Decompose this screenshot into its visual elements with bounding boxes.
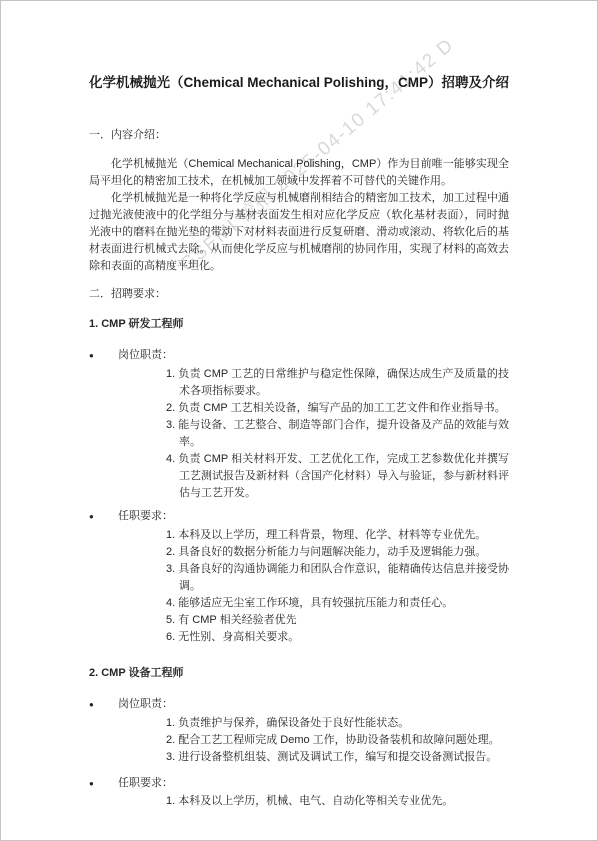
list-item: 3. 能与设备、工艺整合、制造等部门合作，提升设备及产品的效能与效率。 — [166, 417, 509, 451]
list-item: 1. 负责 CMP 工艺的日常维护与稳定性保障，确保达成生产及质量的技术各项指标… — [166, 366, 509, 400]
job-1-duties-list: 1. 负责 CMP 工艺的日常维护与稳定性保障，确保达成生产及质量的技术各项指标… — [166, 366, 509, 502]
bullet-icon: ● — [89, 347, 118, 364]
job-1-title: 1. CMP 研发工程师 — [89, 316, 509, 333]
document-page: GSEMI 校招 2025-04-10 17:41:42 D 化学机械抛光（Ch… — [0, 0, 598, 841]
bullet-icon: ● — [89, 696, 118, 713]
list-item: 4. 负责 CMP 相关材料开发、工艺优化工作，完成工艺参数优化并撰写工艺测试报… — [166, 451, 509, 502]
list-item: 1. 负责维护与保养，确保设备处于良好性能状态。 — [166, 715, 509, 732]
document-title-text: 化学机械抛光（Chemical Mechanical Polishing，CMP… — [89, 73, 509, 93]
job-2-requirements-list: 1. 本科及以上学历，机械、电气、自动化等相关专业优先。 — [166, 793, 509, 810]
job-2-title: 2. CMP 设备工程师 — [89, 665, 509, 682]
list-item: 2. 负责 CMP 工艺相关设备，编写产品的加工工艺文件和作业指导书。 — [166, 400, 509, 417]
job-1-duties-label: 岗位职责： — [118, 347, 173, 364]
list-item: 3. 进行设备整机组装、测试及调试工作，编写和提交设备测试报告。 — [166, 749, 509, 766]
job-2-requirements-label: 任职要求： — [118, 775, 173, 792]
list-item: 4. 能够适应无尘室工作环境，具有较强抗压能力和责任心。 — [166, 595, 509, 612]
section-1-heading: 一．内容介绍： — [89, 127, 509, 144]
list-item: 3. 具备良好的沟通协调能力和团队合作意识，能精确传达信息并接受协调。 — [166, 561, 509, 595]
job-2-requirements-header: ● 任职要求： — [89, 775, 509, 792]
job-1-requirements-list: 1. 本科及以上学历，理工科背景，物理、化学、材料等专业优先。 2. 具备良好的… — [166, 527, 509, 646]
bullet-icon: ● — [89, 775, 118, 792]
list-item: 1. 本科及以上学历，机械、电气、自动化等相关专业优先。 — [166, 793, 509, 810]
job-2-duties-header: ● 岗位职责： — [89, 696, 509, 713]
list-item: 6. 无性别、身高相关要求。 — [166, 629, 509, 646]
section-2-heading: 二．招聘要求： — [89, 286, 509, 303]
list-item: 2. 具备良好的数据分析能力与问题解决能力，动手及逻辑能力强。 — [166, 544, 509, 561]
intro-paragraph-1: 化学机械抛光（Chemical Mechanical Polishing，CMP… — [89, 156, 509, 190]
job-2-duties-label: 岗位职责： — [118, 696, 173, 713]
document-content: 化学机械抛光（Chemical Mechanical Polishing，CMP… — [1, 1, 597, 810]
job-1-duties-header: ● 岗位职责： — [89, 347, 509, 364]
list-item: 2. 配合工艺工程师完成 Demo 工作，协助设备装机和故障问题处理。 — [166, 732, 509, 749]
list-item: 5. 有 CMP 相关经验者优先 — [166, 612, 509, 629]
list-item: 1. 本科及以上学历，理工科背景，物理、化学、材料等专业优先。 — [166, 527, 509, 544]
job-1-requirements-label: 任职要求： — [118, 508, 173, 525]
document-title: 化学机械抛光（Chemical Mechanical Polishing，CMP… — [59, 73, 539, 93]
job-2-duties-list: 1. 负责维护与保养，确保设备处于良好性能状态。 2. 配合工艺工程师完成 De… — [166, 715, 509, 766]
intro-paragraph-2: 化学机械抛光是一种将化学反应与机械磨削相结合的精密加工技术，加工过程中通过抛光液… — [89, 190, 509, 275]
job-1-requirements-header: ● 任职要求： — [89, 508, 509, 525]
bullet-icon: ● — [89, 508, 118, 525]
